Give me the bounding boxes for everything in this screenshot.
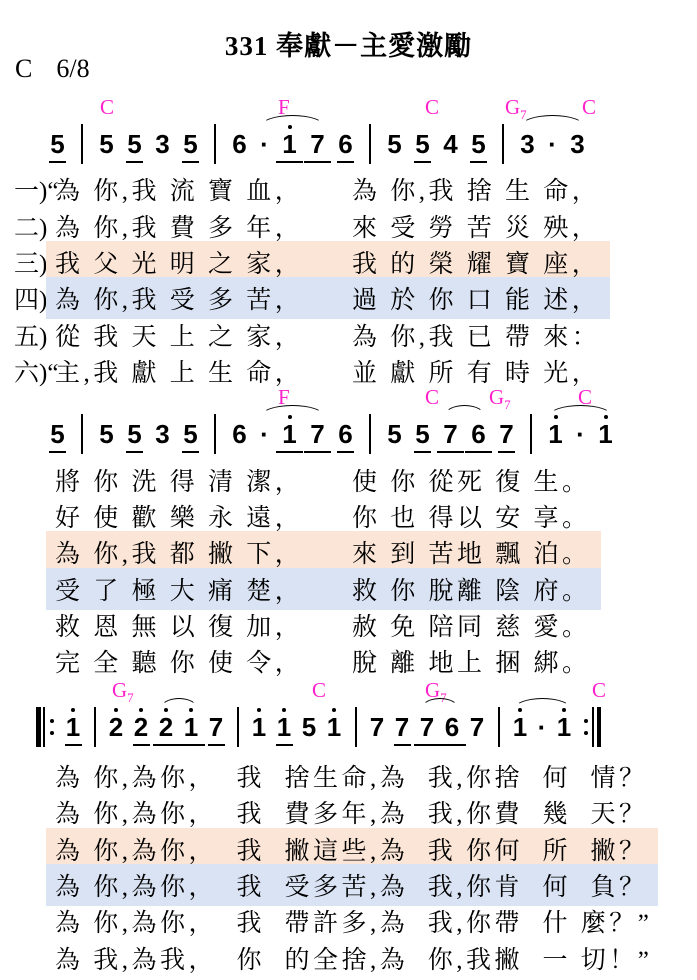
chord-label: G7 [505, 95, 527, 123]
barline [237, 707, 239, 747]
lyric-line: 六)“主,我 獻 上 生 命， 並 獻 所 有 時 光， [0, 353, 697, 389]
lyrics-block-verses-1: 一)“為 你,我 流 寶 血， 為 你,我 捨 生 命，二)為 你,我 費 多 … [0, 171, 697, 389]
note: 1 [252, 712, 267, 742]
verse-marker: 一)“ [14, 171, 55, 207]
note: 6 [232, 129, 247, 159]
chord-row: G7CG7C [0, 678, 697, 704]
repeat-dots [50, 719, 54, 735]
note: 1 [282, 419, 297, 449]
hymn-sheet: 331 奉獻－主愛激勵 C6/8 CFCG7C 555356·17655453·… [0, 0, 697, 980]
note: 5 [415, 419, 430, 449]
lyric-line: 將 你 洗 得 清 潔， 使 你 從死 復 生。 [0, 461, 697, 497]
repeat-dots [584, 719, 588, 735]
note: 2 [134, 712, 149, 742]
note: 6 [471, 419, 486, 449]
slur-arc: ·17 [260, 129, 325, 159]
music-system-chorus: G7CG7C 1222171151777671·1 為 你,為你， 我 捨生命,… [0, 678, 697, 976]
note: 7 [310, 129, 325, 159]
lyric-line: 為 你,為你， 我 受多苦,為 我,你肯 何 負？ [0, 867, 697, 903]
note: 5 [415, 129, 430, 159]
repeat-thick-bar [36, 707, 41, 747]
verse-marker: 二) [14, 208, 55, 244]
note: 7 [310, 419, 325, 449]
note: 7 [499, 419, 514, 449]
key-signature: C6/8 [15, 54, 90, 84]
chord-label: C [425, 95, 439, 120]
note: 6 [232, 419, 247, 449]
music-line: 555356·17655453·3 [0, 121, 697, 167]
chord-label: C [425, 385, 439, 410]
note: 5 [50, 129, 65, 159]
slur-arc: 1·1 [548, 419, 613, 449]
note: 5 [387, 419, 402, 449]
lyric-line: 為 你,為你， 我 費多年,為 我,你費 幾 天？ [0, 794, 697, 830]
note: 1 [557, 712, 572, 742]
note: 5 [302, 712, 317, 742]
lyric-text: 為 我,為我， 你 的全捨,為 你,我撇 一 切！” [55, 940, 652, 976]
slur-arc: 21 [159, 712, 199, 742]
lyric-text: 為 你,為你， 我 受多苦,為 我,你肯 何 負？ [46, 864, 658, 906]
note: 1 [66, 712, 81, 742]
note: 5 [99, 129, 114, 159]
lyric-line: 一)“為 你,我 流 寶 血， 為 你,我 捨 生 命， [0, 171, 697, 207]
lyric-line: 二)為 你,我 費 多 年， 來 受 勞 苦 災 殃， [0, 207, 697, 243]
note: 1 [184, 712, 199, 742]
note: 5 [183, 129, 198, 159]
repeat-dot [584, 719, 588, 723]
lyric-text: 為 你,為你， 我 費多年,為 我,你費 幾 天？ [55, 794, 648, 830]
repeat-thin-bar [43, 707, 45, 747]
barline [214, 414, 216, 454]
duration-dot: · [538, 712, 547, 742]
music-system-verse-first-half: CFCG7C 555356·17655453·3 一)“為 你,我 流 寶 血，… [0, 95, 697, 389]
barline [214, 124, 216, 164]
lyric-text: 從 我 天 上 之 家， 為 你,我 已 帶 來： [55, 317, 600, 353]
note: 5 [183, 419, 198, 449]
note: 7 [370, 712, 385, 742]
note: 3 [570, 129, 585, 159]
slur-arc: ·17 [260, 419, 325, 449]
slur-arc: 3·3 [520, 129, 585, 159]
note: 5 [127, 419, 142, 449]
page-title: 331 奉獻－主愛激勵 [0, 24, 697, 63]
note: 1 [327, 712, 342, 742]
repeat-dot [50, 719, 54, 723]
repeat-thin-bar [592, 707, 594, 747]
lyric-text: 為 你,我 受 多 苦， 過 於 你 口 能 述， [46, 277, 610, 319]
verse-marker: 五) [14, 317, 55, 353]
lyric-line: 為 你,為你， 我 撇這些,為 我 你何 所 撇？ [0, 830, 697, 866]
note: 5 [127, 129, 142, 159]
barline [355, 707, 357, 747]
lyric-line: 受 了 極 大 痛 楚， 救 你 脫離 陰 府。 [0, 571, 697, 607]
note: 6 [338, 129, 353, 159]
lyrics-block-chorus: 為 你,為你， 我 捨生命,為 我,你捨 何 情？為 你,為你， 我 費多年,為… [0, 758, 697, 976]
note: 4 [443, 129, 458, 159]
duration-dot: · [260, 129, 269, 159]
chord-label: C [592, 678, 606, 703]
lyric-line: 好 使 歡 樂 永 遠， 你 也 得以 安 享。 [0, 498, 697, 534]
lyric-text: 好 使 歡 樂 永 遠， 你 也 得以 安 享。 [55, 498, 591, 534]
time-signature: 6/8 [56, 54, 89, 83]
note: 1 [282, 129, 297, 159]
lyric-line: 為 我,為我， 你 的全捨,為 你,我撇 一 切！” [0, 940, 697, 976]
lyric-line: 五)從 我 天 上 之 家， 為 你,我 已 帶 來： [0, 317, 697, 353]
barline [369, 124, 371, 164]
barline [369, 414, 371, 454]
music-line: 555356·176557671·1 [0, 411, 697, 457]
barline [81, 124, 83, 164]
duration-dot: · [548, 129, 557, 159]
note: 6 [445, 712, 460, 742]
note: 1 [513, 712, 528, 742]
note: 3 [155, 419, 170, 449]
chord-label: C [582, 95, 596, 120]
slur-arc: 1·1 [513, 712, 572, 742]
note: 7 [395, 712, 410, 742]
barline [498, 707, 500, 747]
lyric-text: 為 你,我 費 多 年， 來 受 勞 苦 災 殃， [55, 208, 600, 244]
lyric-line: 救 恩 無 以 復 加， 赦 免 陪同 慈 愛。 [0, 607, 697, 643]
lyric-line: 完 全 聽 你 使 令， 脫 離 地上 捆 綁。 [0, 643, 697, 679]
lyric-text: 為 你,為你， 我 捨生命,為 我,你捨 何 情？ [55, 758, 648, 794]
lyric-text: 受 了 極 大 痛 楚， 救 你 脫離 陰 府。 [46, 568, 601, 610]
chord-label: C [100, 95, 114, 120]
note: 2 [109, 712, 124, 742]
repeat-dot [584, 731, 588, 735]
lyric-text: 完 全 聽 你 使 令， 脫 離 地上 捆 綁。 [55, 643, 591, 679]
lyrics-block-verses-2: 將 你 洗 得 清 潔， 使 你 從死 復 生。好 使 歡 樂 永 遠， 你 也… [0, 461, 697, 679]
repeat-dot [50, 731, 54, 735]
lyric-text: 為 你,為你， 我 帶許多,為 我,你帶 什 麼？” [55, 903, 652, 939]
note: 3 [155, 129, 170, 159]
note: 5 [50, 419, 65, 449]
chord-label: G7 [489, 385, 511, 413]
note: 7 [470, 712, 485, 742]
lyric-text: 主,我 獻 上 生 命， 並 獻 所 有 時 光， [55, 353, 600, 389]
note: 7 [420, 712, 435, 742]
note: 1 [277, 712, 292, 742]
lyric-text: 為 你,我 流 寶 血， 為 你,我 捨 生 命， [55, 171, 600, 207]
note: 3 [520, 129, 535, 159]
slur-arc: 76 [443, 419, 486, 449]
repeat-thick-bar [597, 707, 602, 747]
music-system-verse-second-half: FCG7C 555356·176557671·1 將 你 洗 得 清 潔， 使 … [0, 385, 697, 679]
duration-dot: · [260, 419, 269, 449]
music-line: 1222171151777671·1 [0, 704, 697, 750]
chord-label: G7 [112, 678, 134, 706]
lyric-text: 將 你 洗 得 清 潔， 使 你 從死 復 生。 [55, 462, 591, 498]
note: 2 [159, 712, 174, 742]
chord-row: CFCG7C [0, 95, 697, 121]
lyric-text: 救 恩 無 以 復 加， 赦 免 陪同 慈 愛。 [55, 607, 591, 643]
note: 6 [338, 419, 353, 449]
lyric-line: 為 你,為你， 我 捨生命,為 我,你捨 何 情？ [0, 758, 697, 794]
barline [94, 707, 96, 747]
chord-label: C [312, 678, 326, 703]
barline [502, 124, 504, 164]
barline [81, 414, 83, 454]
note: 5 [471, 129, 486, 159]
note: 1 [548, 419, 563, 449]
lyric-line: 三)我 父 光 明 之 家， 我 的 榮 耀 寶 座， [0, 244, 697, 280]
note: 7 [443, 419, 458, 449]
verse-marker: 六)“ [14, 353, 55, 389]
note: 5 [387, 129, 402, 159]
repeat-close-sign [582, 707, 602, 747]
note: 1 [598, 419, 613, 449]
note: 7 [209, 712, 224, 742]
note: 5 [99, 419, 114, 449]
lyric-line: 四)為 你,我 受 多 苦， 過 於 你 口 能 述， [0, 280, 697, 316]
duration-dot: · [576, 419, 585, 449]
barline [530, 414, 532, 454]
repeat-open-sign [36, 707, 56, 747]
slur-arc: 76 [420, 712, 460, 742]
lyric-line: 為 你,我 都 撇 下， 來 到 苦地 飄 泊。 [0, 534, 697, 570]
key-letter: C [15, 54, 32, 83]
lyric-line: 為 你,為你， 我 帶許多,為 我,你帶 什 麼？” [0, 903, 697, 939]
